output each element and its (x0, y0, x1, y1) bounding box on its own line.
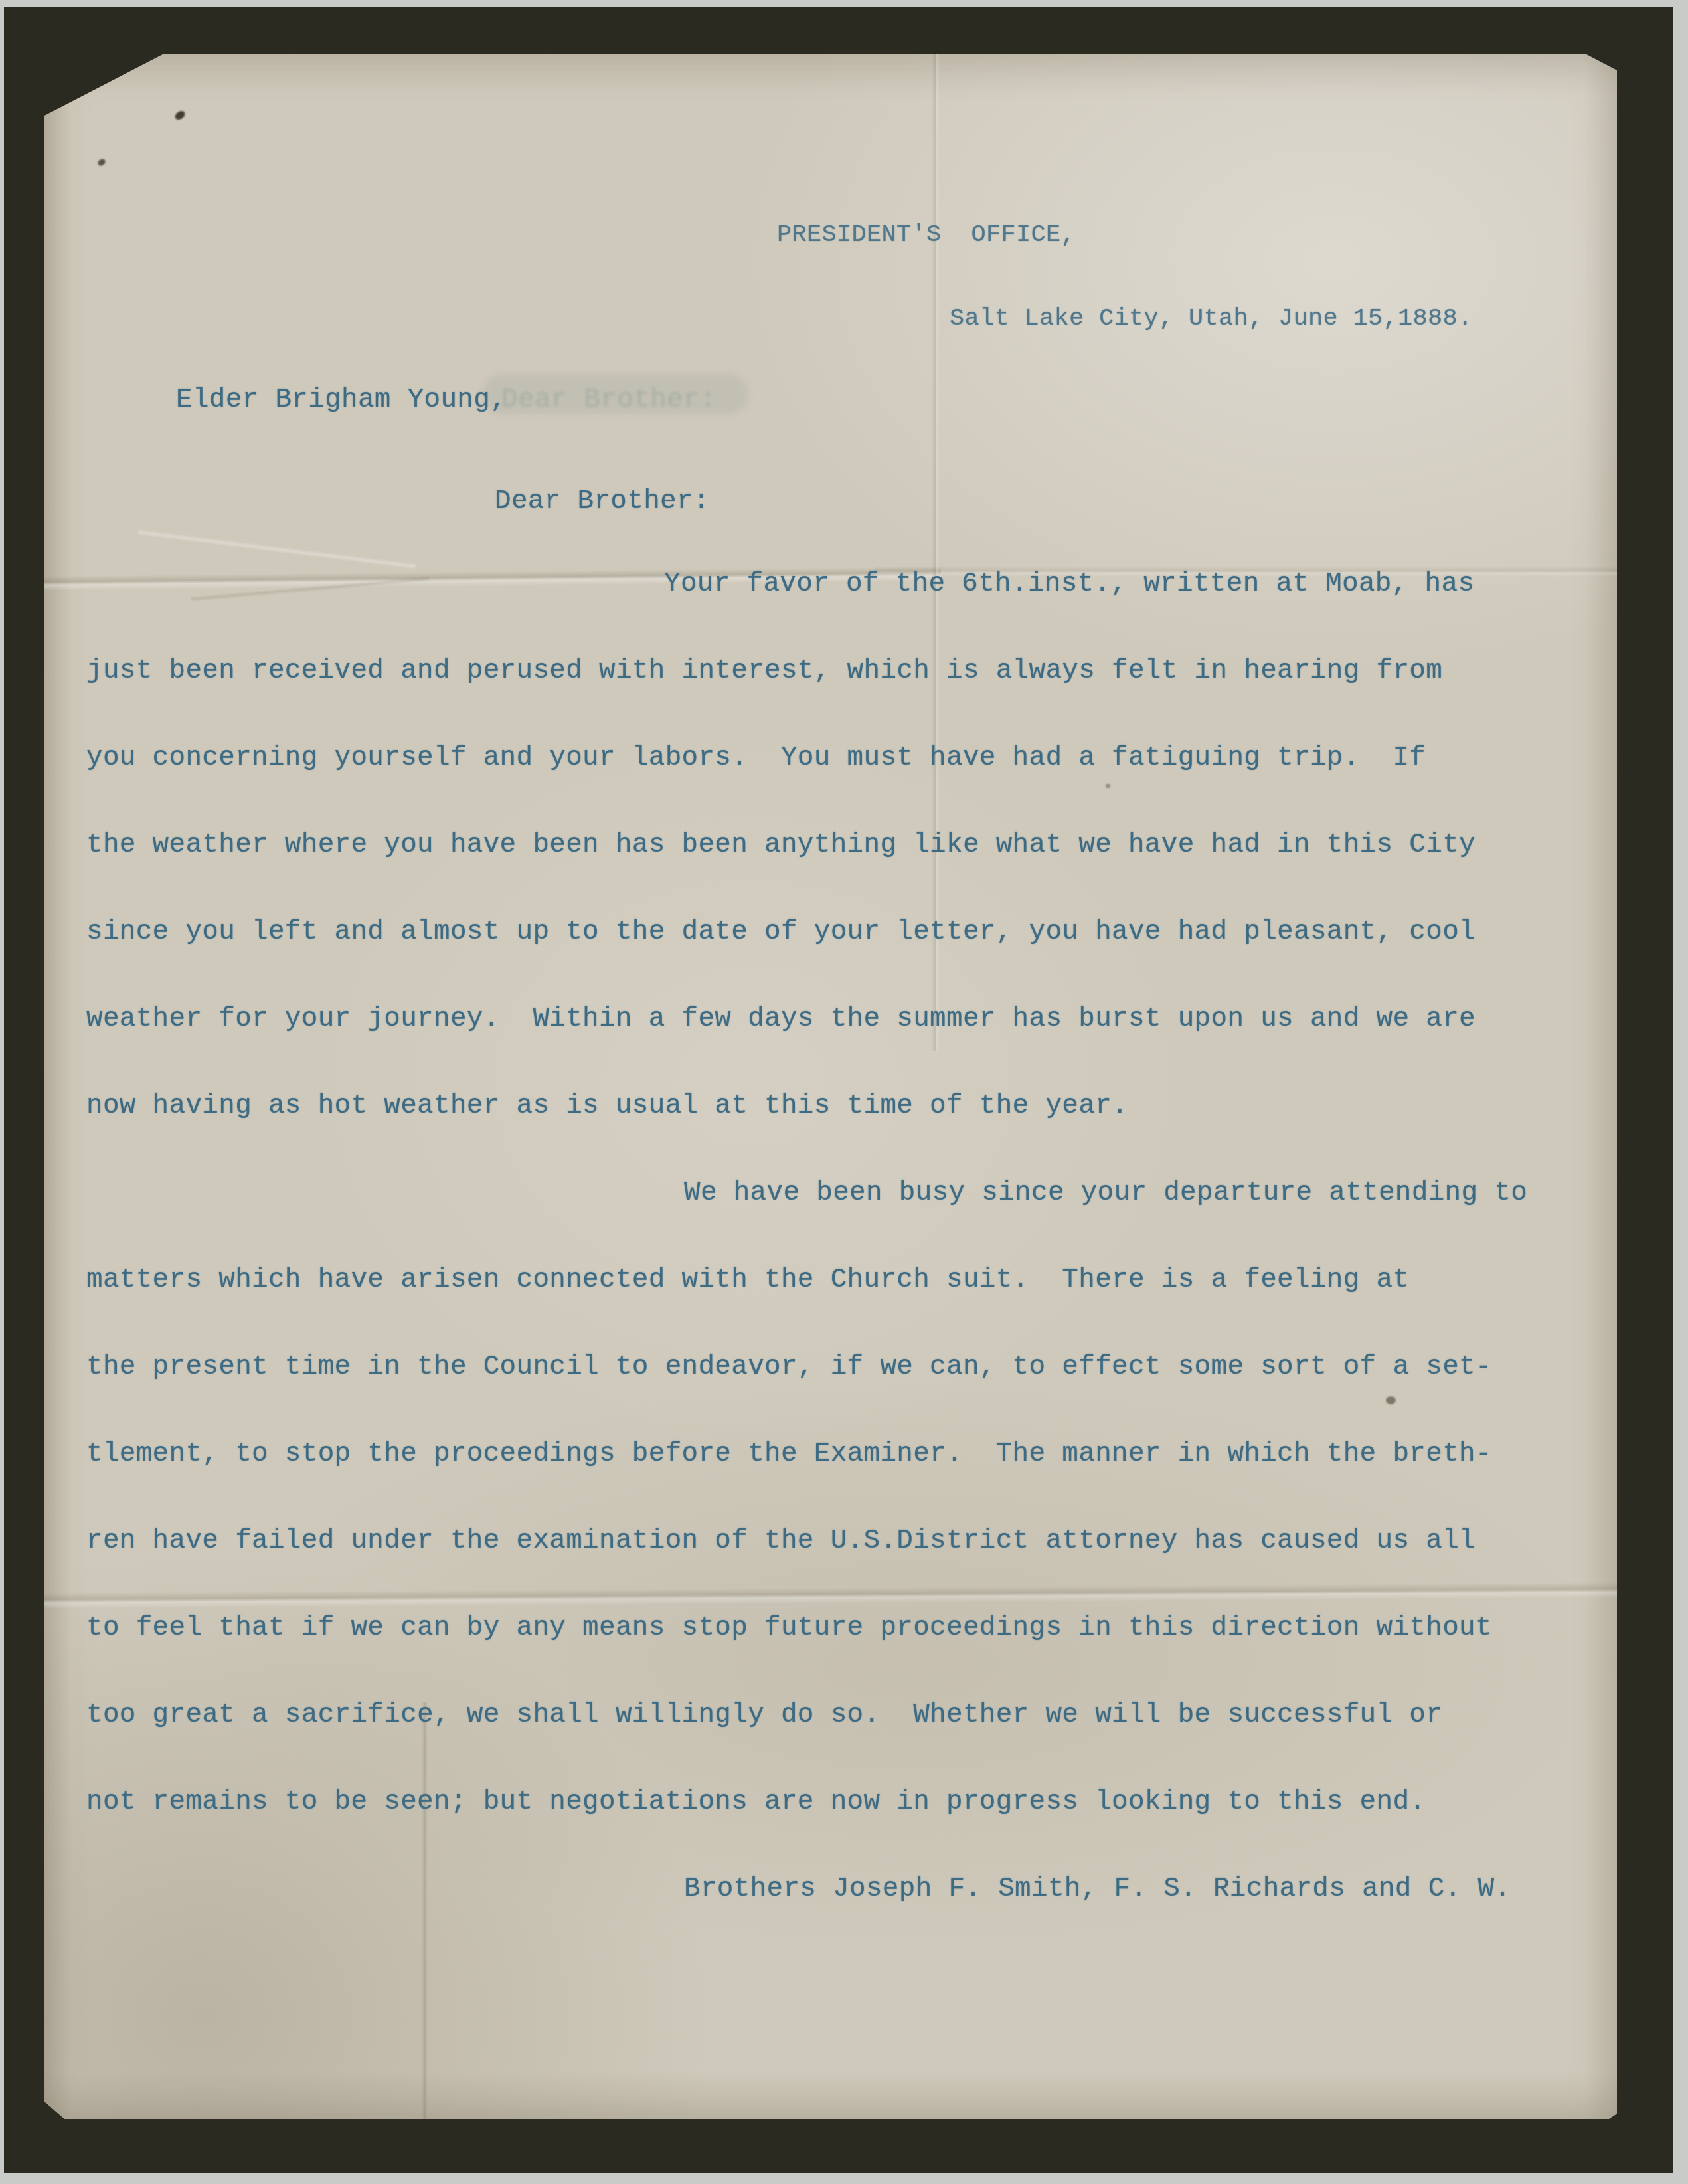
letter-line: the present time in the Council to endea… (86, 1324, 1587, 1411)
letter-line: just been received and perused with inte… (86, 628, 1587, 715)
letter-body: Your favor of the 6th.inst., written at … (86, 541, 1587, 1933)
letter-addressee: Elder Brigham Young, (176, 385, 507, 415)
letter-line: you concerning yourself and your labors.… (86, 715, 1587, 802)
letter-line: too great a sacrifice, we shall willingl… (86, 1672, 1587, 1759)
letter-line: weather for your journey. Within a few d… (86, 976, 1587, 1063)
letter-line: We have been busy since your departure a… (86, 1150, 1587, 1237)
letter-salutation: Dear Brother: (495, 486, 710, 517)
letter-line: now having as hot weather as is usual at… (86, 1063, 1587, 1150)
letter-line: tlement, to stop the proceedings before … (86, 1411, 1587, 1498)
letter-line: to feel that if we can by any means stop… (86, 1585, 1587, 1672)
letter-line: Your favor of the 6th.inst., written at … (86, 541, 1587, 628)
letter-line: the weather where you have been has been… (86, 802, 1587, 889)
scanned-letter-page: PRESIDENT'S OFFICE, Salt Lake City, Utah… (0, 0, 1688, 2184)
paper-speck (173, 109, 186, 121)
letterhead-office-line: PRESIDENT'S OFFICE, (777, 221, 1076, 249)
letter-paper-sheet: PRESIDENT'S OFFICE, Salt Lake City, Utah… (44, 54, 1617, 2119)
letter-line: since you left and almost up to the date… (86, 889, 1587, 976)
erased-ghost-text: Dear Brother: (501, 385, 717, 415)
paper-speck (97, 158, 107, 167)
signature-line: Brothers Joseph F. Smith, F. S. Richards… (86, 1846, 1587, 1933)
letter-line: not remains to be seen; but negotiations… (86, 1759, 1587, 1846)
letter-line: matters which have arisen connected with… (86, 1237, 1587, 1324)
letter-line: ren have failed under the examination of… (86, 1498, 1587, 1585)
letter-dateline: Salt Lake City, Utah, June 15,1888. (950, 305, 1473, 333)
